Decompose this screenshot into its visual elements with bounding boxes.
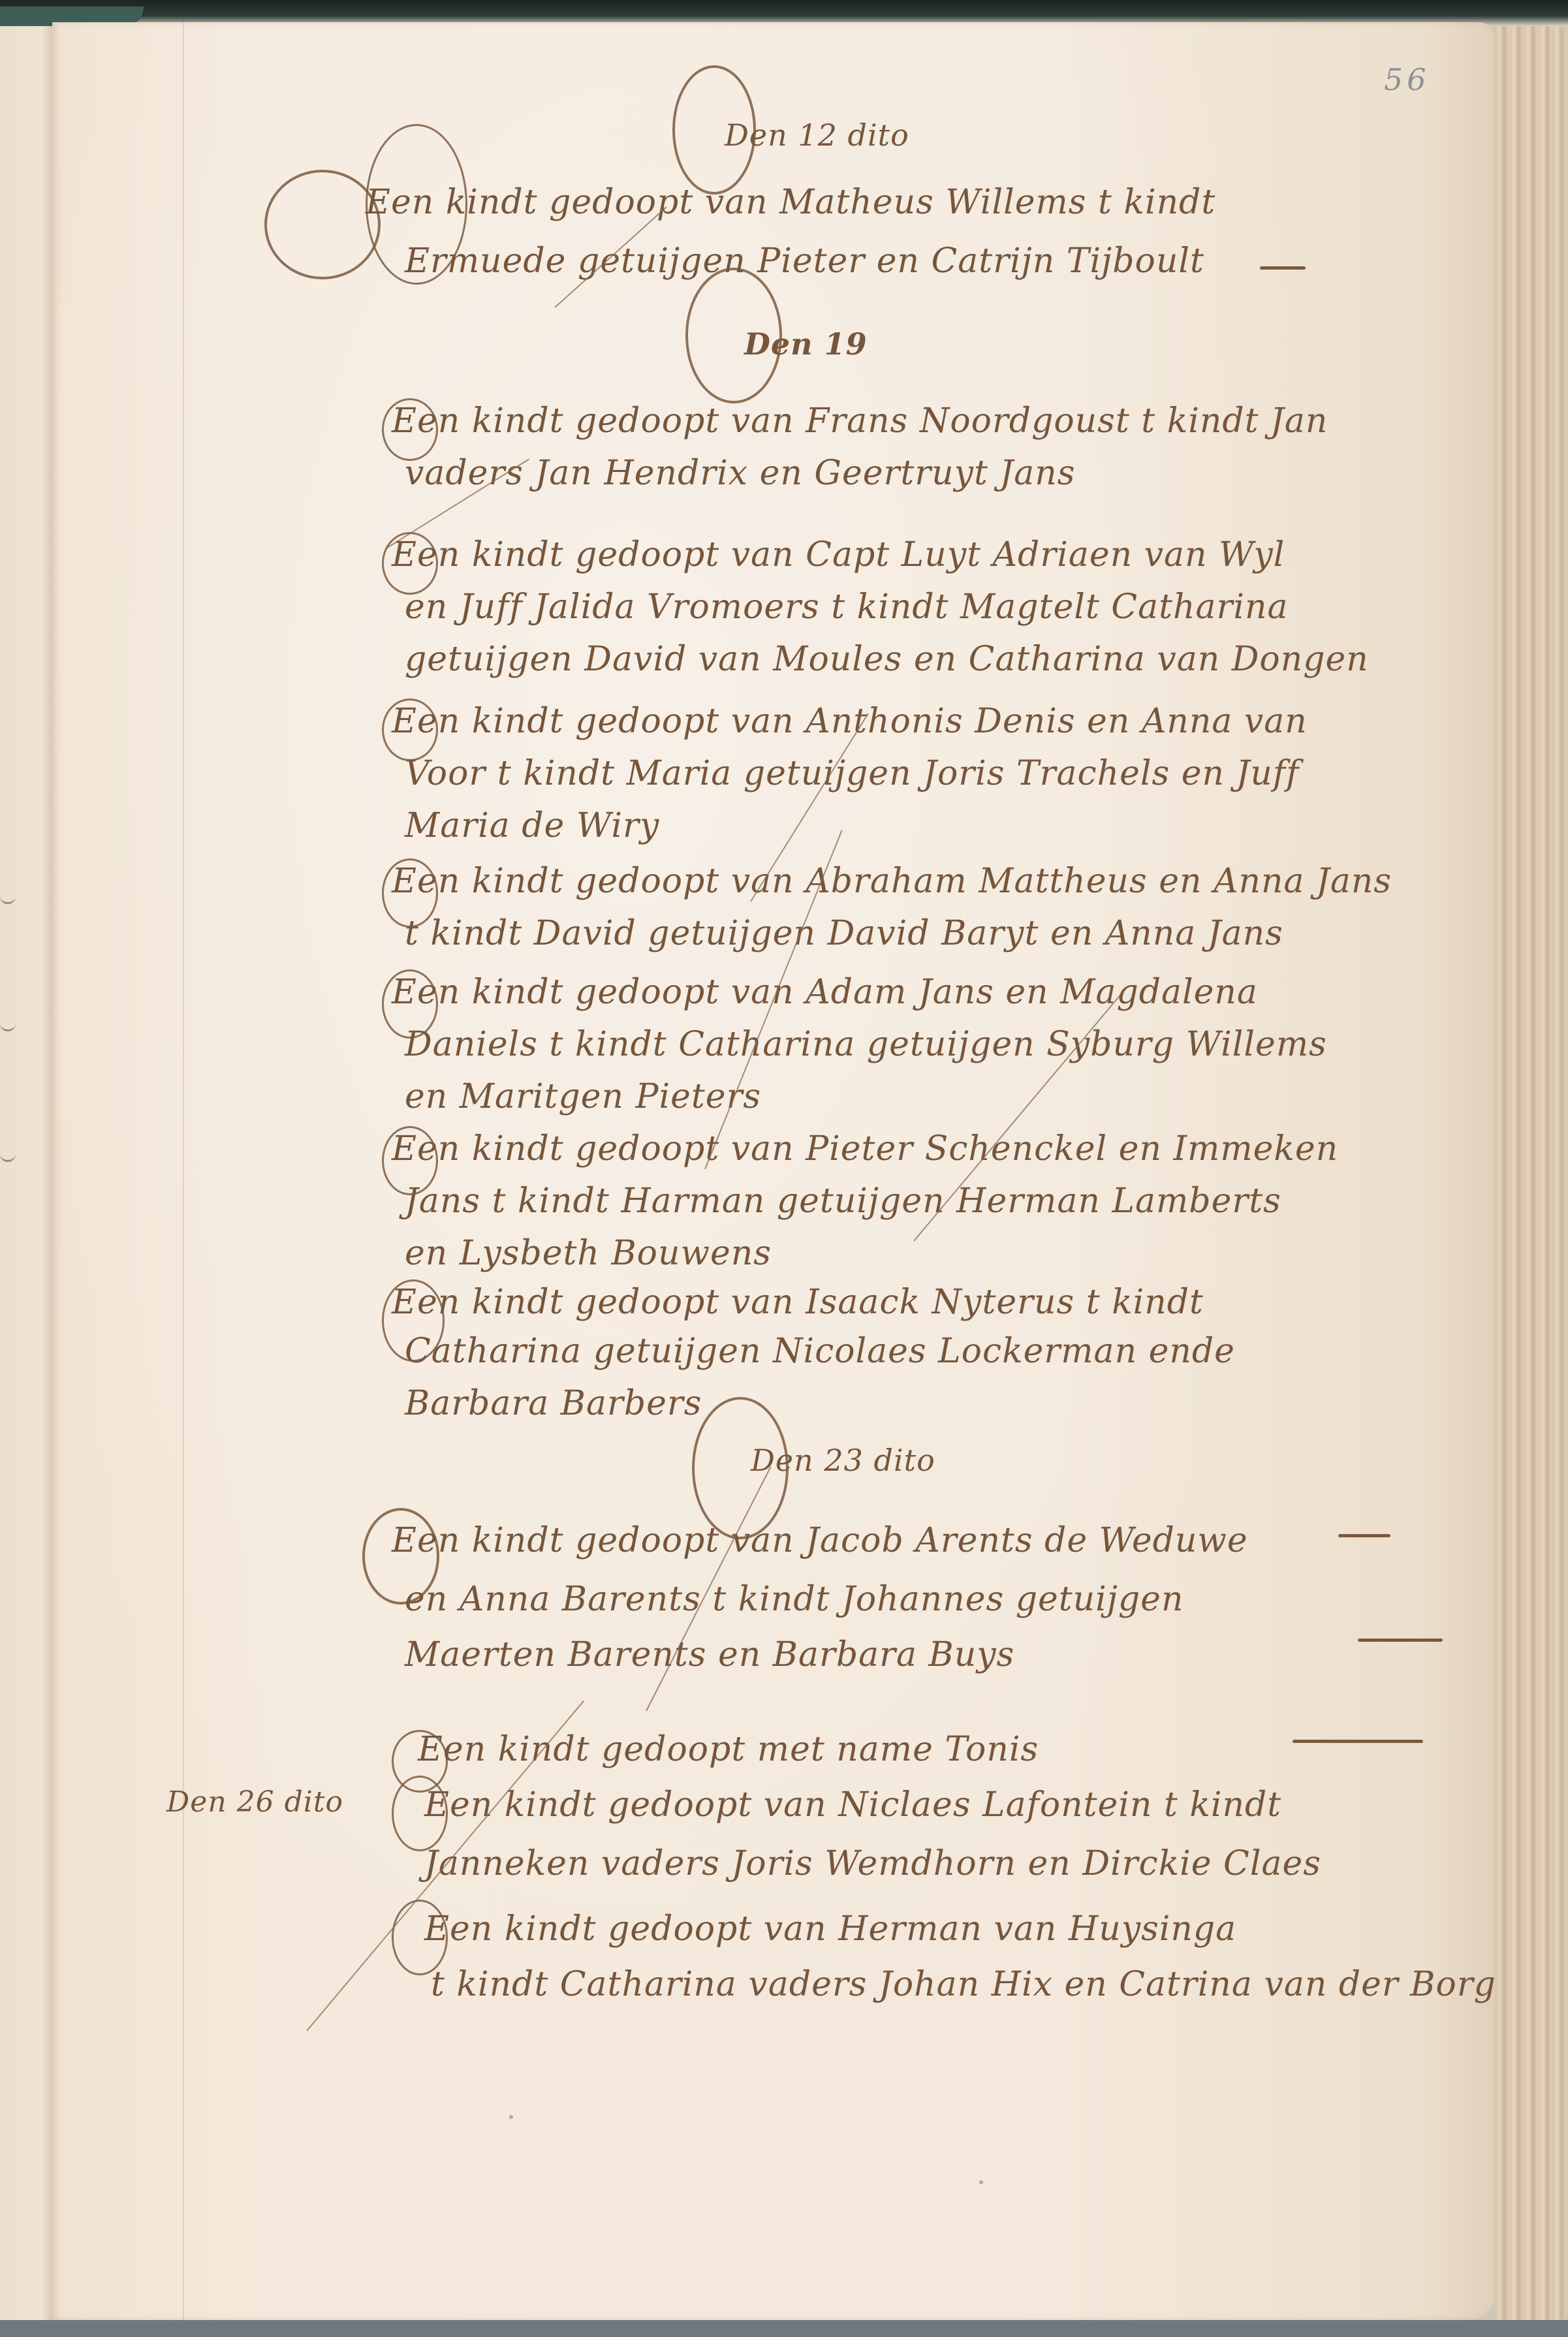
line-end-flourish xyxy=(1338,1534,1390,1537)
line-end-flourish xyxy=(1358,1639,1443,1642)
register-line: en Lysbeth Bouwens xyxy=(405,1234,772,1273)
register-line: Een kindt gedoopt van Niclaes Lafontein … xyxy=(424,1785,1281,1825)
register-line: Een kindt gedoopt met name Tonis xyxy=(418,1730,1039,1769)
line-end-flourish xyxy=(1293,1740,1423,1743)
register-line: Een kindt gedoopt van Anthonis Denis en … xyxy=(392,702,1308,741)
register-line: t kindt Catharina vaders Johan Hix en Ca… xyxy=(431,1965,1496,2004)
register-line: Barbara Barbers xyxy=(405,1384,702,1423)
register-line: Daniels t kindt Catharina getuijgen Sybu… xyxy=(405,1025,1327,1064)
register-line: en Maritgen Pieters xyxy=(405,1077,761,1116)
register-line: Een kindt gedoopt van Herman van Huysing… xyxy=(424,1909,1236,1949)
stacked-page-edges xyxy=(1495,26,1568,2324)
register-line: Een kindt gedoopt van Abraham Mattheus e… xyxy=(392,862,1392,901)
facing-page-ink-fragment xyxy=(0,1152,16,1162)
capital-e-flourish xyxy=(382,1126,438,1195)
capital-e-flourish xyxy=(382,398,438,461)
facing-page-ink-fragment xyxy=(0,1022,16,1031)
register-line: Ermuede getuijgen Pieter en Catrijn Tijb… xyxy=(405,242,1204,281)
scan-background xyxy=(0,2320,1568,2337)
margin-date-heading: Den 26 dito xyxy=(166,1785,343,1819)
register-line: Janneken vaders Joris Wemdhorn en Dircki… xyxy=(424,1844,1321,1883)
register-line: Voor t kindt Maria getuijgen Joris Trach… xyxy=(405,754,1299,793)
capital-e-flourish xyxy=(264,170,381,279)
facing-page-edge xyxy=(0,26,52,2337)
register-line: Een kindt gedoopt van Jacob Arents de We… xyxy=(392,1521,1248,1560)
register-line: Maria de Wiry xyxy=(405,806,659,845)
paper-spot xyxy=(979,2180,983,2184)
register-line: Jans t kindt Harman getuijgen Herman Lam… xyxy=(405,1182,1281,1221)
page-number: 56 xyxy=(1384,62,1430,97)
register-line: en Juff Jalida Vromoers t kindt Magtelt … xyxy=(405,588,1288,627)
date-heading: Den 12 dito xyxy=(725,118,909,153)
register-line: Catharina getuijgen Nicolaes Lockerman e… xyxy=(405,1332,1235,1371)
register-line: Een kindt gedoopt van Adam Jans en Magda… xyxy=(392,973,1258,1012)
capital-e-flourish xyxy=(382,969,438,1039)
register-line: Een kindt gedoopt van Isaack Nyterus t k… xyxy=(392,1283,1204,1322)
register-line: Maerten Barents en Barbara Buys xyxy=(405,1635,1014,1674)
register-line: Een kindt gedoopt van Capt Luyt Adriaen … xyxy=(392,535,1285,574)
register-line: getuijgen David van Moules en Catharina … xyxy=(405,640,1369,679)
register-line: Een kindt gedoopt van Pieter Schenckel e… xyxy=(392,1129,1338,1168)
register-line: Een kindt gedoopt van Matheus Willems t … xyxy=(366,183,1215,222)
capital-e-flourish xyxy=(382,1279,445,1362)
facing-page-ink-fragment xyxy=(0,894,16,904)
date-heading: Den 19 xyxy=(744,326,868,362)
capital-e-flourish xyxy=(382,858,438,928)
paper-spot xyxy=(509,2115,513,2119)
capital-e-flourish xyxy=(382,532,438,595)
register-line: en Anna Barents t kindt Johannes getuijg… xyxy=(405,1580,1184,1619)
date-heading: Den 23 dito xyxy=(751,1443,935,1478)
line-end-flourish xyxy=(1260,266,1306,270)
page-fold-line xyxy=(183,22,184,2320)
register-line: Een kindt gedoopt van Frans Noordgoust t… xyxy=(392,401,1328,441)
register-line: t kindt David getuijgen David Baryt en A… xyxy=(405,914,1283,953)
capital-e-flourish xyxy=(382,698,438,761)
manuscript-scan: 56 Den 12 dito Een kindt gedoopt van Mat… xyxy=(0,0,1568,2337)
